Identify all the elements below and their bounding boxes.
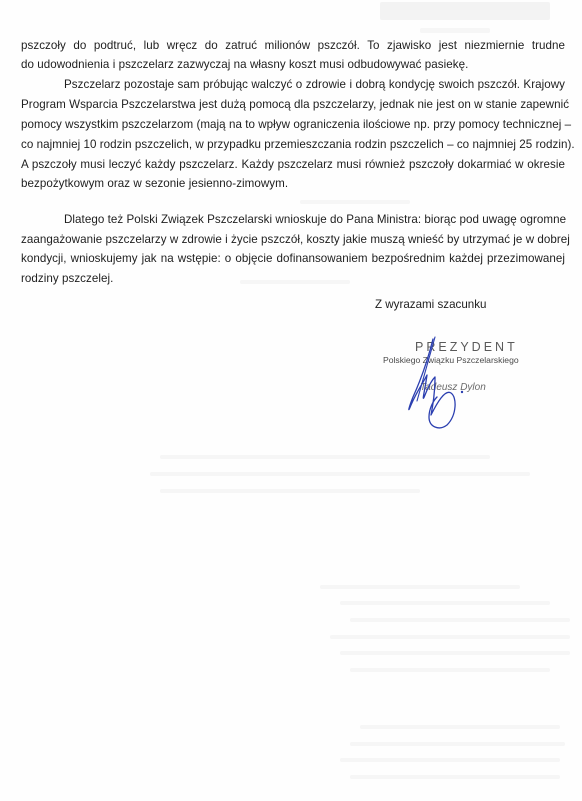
paragraph-3-line-4: rodziny pszczelej. bbox=[21, 272, 565, 286]
paragraph-3-line-3: kondycji, wnioskujemy jak na wstępie: o … bbox=[21, 252, 565, 266]
paragraph-1-line-2: do udowodnienia i pszczelarz zazwyczaj n… bbox=[21, 58, 565, 72]
bleed-through-text bbox=[330, 635, 570, 639]
closing-salutation: Z wyrazami szacunku bbox=[375, 298, 486, 311]
bleed-through-text bbox=[350, 618, 570, 622]
bleed-through-text bbox=[320, 585, 520, 589]
bleed-through-text bbox=[350, 775, 560, 779]
bleed-through-text bbox=[160, 455, 490, 459]
document-page: pszczoły do podtruć, lub wręcz do zatruć… bbox=[0, 0, 582, 801]
paragraph-2-line-5: A pszczoły musi leczyć każdy pszczelarz.… bbox=[21, 158, 565, 172]
paragraph-2-line-4: co najmniej 10 rodzin pszczelich, w przy… bbox=[21, 138, 565, 152]
paragraph-3-line-1: Dlatego też Polski Związek Pszczelarski … bbox=[64, 213, 565, 227]
bleed-through-text bbox=[350, 668, 550, 672]
bleed-through-text bbox=[340, 758, 560, 762]
bleed-through-mark bbox=[300, 200, 410, 204]
paragraph-2-line-1: Pszczelarz pozostaje sam próbując walczy… bbox=[64, 78, 565, 92]
bleed-through-header bbox=[380, 2, 550, 20]
paragraph-2-line-6: bezpożytkowym oraz w sezonie jesienno-zi… bbox=[21, 177, 565, 191]
bleed-through-text bbox=[160, 489, 420, 493]
bleed-through-mark bbox=[420, 28, 490, 33]
paragraph-2-line-3: pomocy wszystkim pszczelarzom (mają na t… bbox=[21, 118, 565, 132]
paragraph-2-line-2: Program Wsparcia Pszczelarstwa jest dużą… bbox=[21, 98, 565, 112]
paragraph-1-line-1: pszczoły do podtruć, lub wręcz do zatruć… bbox=[21, 39, 565, 53]
bleed-through-text bbox=[340, 651, 570, 655]
bleed-through-text bbox=[350, 742, 565, 746]
bleed-through-text bbox=[360, 725, 560, 729]
bleed-through-text bbox=[340, 601, 550, 605]
bleed-through-text bbox=[150, 472, 530, 476]
paragraph-3-line-2: zaangażowanie pszczelarzy w zdrowie i ży… bbox=[21, 233, 565, 247]
handwritten-signature-icon bbox=[395, 335, 475, 435]
